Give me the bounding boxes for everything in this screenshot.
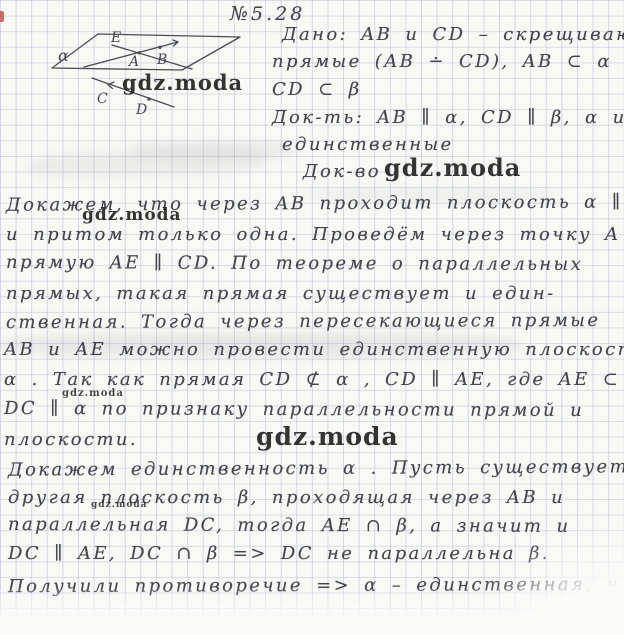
proof-heading: Док-во bbox=[303, 161, 381, 182]
watermark: gdz.moda bbox=[62, 388, 124, 399]
solution-line: DC ∥ α по признаку параллельности прямой… bbox=[4, 398, 584, 421]
watermark: gdz.moda bbox=[82, 205, 182, 225]
point-b-dot bbox=[158, 46, 161, 49]
watermark: gdz.moda bbox=[122, 70, 243, 95]
solution-line: AB и AE можно провести единственную плос… bbox=[4, 339, 624, 360]
solution-line: плоскости. bbox=[4, 429, 138, 450]
label-b: B bbox=[156, 52, 167, 68]
notebook-page: №5.28 α E A B C D Дано: AB и CD – скрещи… bbox=[0, 0, 624, 635]
margin-mark bbox=[0, 11, 4, 22]
solution-line: и притом только одна. Проведём через точ… bbox=[6, 224, 620, 245]
prove-line: единственные bbox=[282, 134, 454, 155]
plane-alpha-parallelogram bbox=[52, 34, 240, 70]
watermark: gdz.moda bbox=[384, 153, 521, 182]
problem-number: №5.28 bbox=[230, 3, 305, 25]
label-d: D bbox=[135, 102, 147, 118]
watermark: gdz.moda bbox=[256, 422, 399, 451]
point-d-dot bbox=[147, 97, 150, 100]
watermark: gdz.moda bbox=[91, 500, 147, 510]
label-a: A bbox=[127, 54, 139, 70]
solution-line: Докажем единственность α . Пусть существ… bbox=[8, 456, 624, 480]
solution-line: DC ∥ AE, DC ∩ β => DC не параллельна β. bbox=[8, 543, 550, 564]
solution-line: прямых, такая прямая существует и един- bbox=[6, 283, 556, 304]
solution-line: прямую AE ∥ CD. По теореме о параллельны… bbox=[6, 252, 583, 275]
label-alpha: α bbox=[58, 46, 69, 65]
given-line: прямые (AB ∸ CD), AB ⊂ α bbox=[272, 51, 612, 72]
given-line: Дано: AB и CD – скрещивающ. bbox=[282, 24, 624, 45]
solution-line: α . Так как прямая CD ⊄ α , CD ∥ AE, где… bbox=[4, 369, 624, 390]
given-line: CD ⊂ β bbox=[272, 79, 362, 100]
label-c: C bbox=[97, 91, 108, 107]
label-e: E bbox=[110, 30, 121, 46]
solution-line: ственная. Тогда через пересекающиеся пря… bbox=[6, 310, 600, 333]
eraser-smudge bbox=[130, 142, 300, 158]
page-corner-fade bbox=[474, 525, 624, 635]
prove-line: Док-ть: AB ∥ α, CD ∥ β, α и β – bbox=[272, 107, 624, 128]
